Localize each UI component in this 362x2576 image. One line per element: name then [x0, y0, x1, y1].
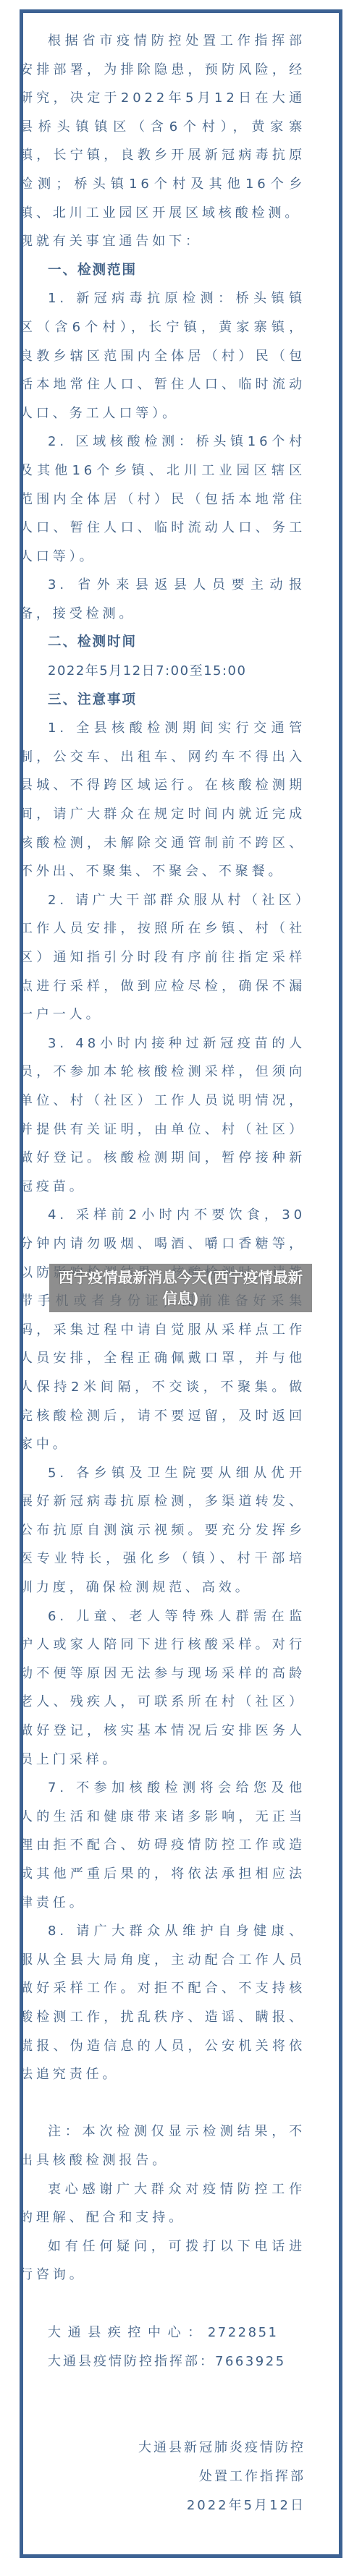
contact-phone[interactable]: 2722851 [208, 2325, 279, 2340]
scope-item-2: 2. 区域核酸检测：桥头镇16个村及其他16个乡镇、北川工业园区辖区范围内全体居… [20, 428, 306, 571]
notes-item-1: 1. 全县核酸检测期间实行交通管制，公交车、出租车、网约车不得出入县城、不得跨区… [20, 714, 306, 886]
signature-org-line2: 处置工作指挥部 [20, 2462, 306, 2491]
section-heading-notes: 三、注意事项 [20, 686, 306, 715]
note-paragraph: 注：本次检测仅显示检测结果，不出具核酸检测报告。 [20, 2117, 306, 2175]
thanks-paragraph: 衷心感谢广大群众对疫情防控工作的理解、配合和支持。 [20, 2175, 306, 2232]
signature-date: 2022年5月12日 [20, 2491, 306, 2520]
notes-item-3: 3. 48小时内接种过新冠疫苗的人员，不参加本轮核酸检测采样，但须向单位、村（社… [20, 1029, 306, 1202]
scope-item-3: 3. 省外来县返县人员要主动报备，接受检测。 [20, 571, 306, 628]
notes-item-4: 4. 采样前2小时内不要饮食，30分钟内请勿吸烟、喝酒、嚼口香糖等，以防影响检测… [20, 1201, 306, 1458]
contact-phone[interactable]: 7663925 [215, 2354, 286, 2369]
contact-cdc: 大通县疾控中心：2722851 [20, 2318, 306, 2347]
notes-item-5: 5. 各乡镇及卫生院要从细从优开展好新冠病毒抗原检测，多渠道转发、公布抗原自测演… [20, 1459, 306, 1602]
test-time: 2022年5月12日7:00至15:00 [20, 657, 306, 686]
contact-intro: 如有任何疑问，可拨打以下电话进行咨询。 [20, 2232, 306, 2290]
notes-item-7: 7. 不参加核酸检测将会给您及他人的生活和健康带来诸多影响，无正当理由拒不配合、… [20, 1774, 306, 1917]
scope-item-1: 1. 新冠病毒抗原检测：桥头镇镇区（含6个村），长宁镇，黄家寨镇，良教乡辖区范围… [20, 284, 306, 428]
section-heading-scope: 一、检测范围 [20, 256, 306, 285]
intro-paragraph: 根据省市疫情防控处置工作指挥部安排部署，为排除隐患，预防风险，经研究，决定于20… [20, 27, 306, 227]
contact-label: 大通县疫情防控指挥部： [48, 2354, 215, 2369]
section-heading-time: 二、检测时间 [20, 628, 306, 657]
headline-overlay-title: 西宁疫情最新消息今天(西宁疫情最新信息) [58, 1267, 303, 1309]
spacer [20, 2290, 306, 2318]
notes-item-6: 6. 儿童、老人等特殊人群需在监护人或家人陪同下进行核酸采样。对行动不便等原因无… [20, 1602, 306, 1774]
contact-command: 大通县疫情防控指挥部：7663925 [20, 2347, 306, 2376]
contact-label: 大通县疾控中心： [48, 2325, 208, 2340]
intro-tail: 现就有关事宜通告如下： [20, 227, 306, 256]
notes-item-8: 8. 请广大群众从维护自身健康、服从全县大局角度，主动配合工作人员做好采样工作。… [20, 1917, 306, 2089]
spacer [20, 2376, 306, 2433]
notes-item-2: 2. 请广大干部群众服从村（社区）工作人员安排，按照所在乡镇、村（社区）通知指引… [20, 886, 306, 1029]
signature-org-line1: 大通县新冠肺炎疫情防控 [20, 2433, 306, 2462]
spacer [20, 2089, 306, 2118]
headline-overlay-banner[interactable]: 西宁疫情最新消息今天(西宁疫情最新信息) [49, 1264, 312, 1312]
